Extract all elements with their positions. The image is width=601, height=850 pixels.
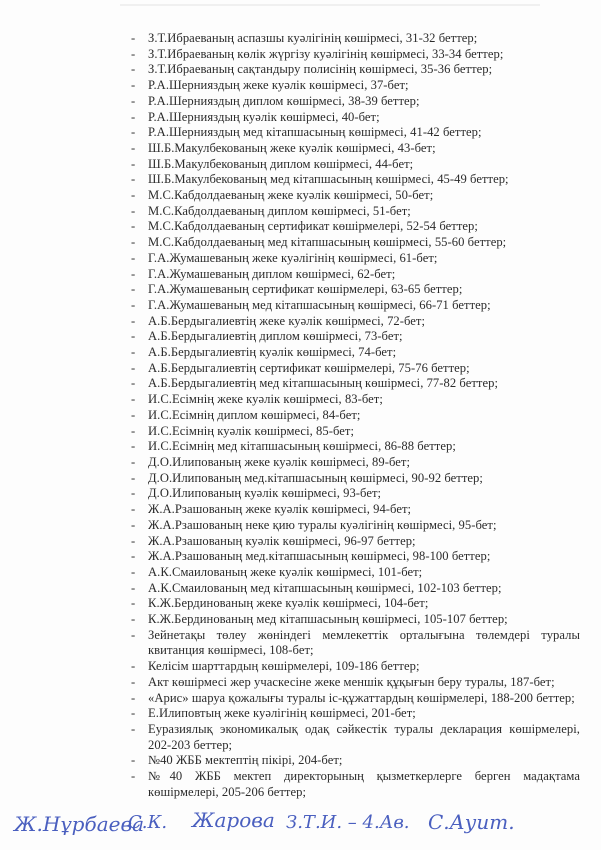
list-item: -Ж.А.Рзашованың куәлік көшірмесі, 96-97 … [128, 534, 580, 550]
bullet-dash: - [131, 345, 135, 361]
list-item: -Р.А.Шернияздың диплом көшірмесі, 38-39 … [128, 94, 580, 110]
list-item-text: М.С.Кабдолдаеваның диплом көшірмесі, 51-… [148, 204, 580, 220]
list-item: -Ж.А.Рзашованың мед.кітапшасының көшірме… [128, 549, 580, 565]
list-item: -К.Ж.Бердинованың жеке куәлік көшірмесі,… [128, 596, 580, 612]
bullet-dash: - [131, 235, 135, 251]
bullet-dash: - [131, 298, 135, 314]
list-item: -М.С.Кабдолдаеваның диплом көшірмесі, 51… [128, 204, 580, 220]
bullet-dash: - [131, 439, 135, 455]
bullet-dash: - [131, 31, 135, 47]
bullet-dash: - [131, 314, 135, 330]
list-item-text: А.Б.Бердыгалиевтің жеке куәлік көшірмесі… [148, 314, 580, 330]
handwritten-signatures: Ж.Нұрбаева С.К. Жарова З.Т.И. – 4.Ав. С.… [0, 808, 601, 850]
list-item-text: №40 ЖББ мектеп директорының қызметкерлер… [148, 769, 580, 800]
list-item-text: З.Т.Ибраеваның көлік жүргізу куәлігінің … [148, 47, 580, 63]
signature-4: З.Т.И. – 4.Ав. [286, 812, 410, 833]
bullet-dash: - [131, 408, 135, 424]
bullet-dash: - [131, 455, 135, 471]
list-item: -№40 ЖББ мектептің пікірі, 204-бет; [128, 753, 580, 769]
list-item: -Д.О.Илипованың куәлік көшірмесі, 93-бет… [128, 486, 580, 502]
bullet-dash: - [131, 219, 135, 235]
bullet-dash: - [131, 502, 135, 518]
list-item: -Ж.А.Рзашованың жеке куәлік көшірмесі, 9… [128, 502, 580, 518]
bullet-dash: - [131, 78, 135, 94]
bullet-dash: - [131, 691, 135, 707]
bullet-dash: - [131, 612, 135, 628]
list-item-text: Р.А.Шернияздың диплом көшірмесі, 38-39 б… [148, 94, 580, 110]
bullet-dash: - [131, 518, 135, 534]
bullet-dash: - [131, 47, 135, 63]
bullet-dash: - [131, 769, 135, 785]
bullet-dash: - [131, 94, 135, 110]
bullet-dash: - [131, 267, 135, 283]
bullet-dash: - [131, 188, 135, 204]
bullet-dash: - [131, 376, 135, 392]
list-item-text: Ж.А.Рзашованың мед.кітапшасының көшірмес… [148, 549, 580, 565]
list-item: -Г.А.Жумашеваның диплом көшірмесі, 62-бе… [128, 267, 580, 283]
list-item-text: И.С.Есімнің мед кітапшасының көшірмесі, … [148, 439, 580, 455]
list-item-text: Р.А.Шернияздың мед кітапшасының көшірмес… [148, 125, 580, 141]
list-item: -Ж.А.Рзашованың неке қию туралы куәлігін… [128, 518, 580, 534]
list-item: -Акт көшірмесі жер учаскесіне жеке менші… [128, 675, 580, 691]
document-attachment-list: -З.Т.Ибраеваның аспазшы куәлігінің көшір… [128, 31, 580, 800]
list-item-text: А.К.Смаилованың мед кітапшасының көшірме… [148, 581, 580, 597]
list-item-text: А.Б.Бердыгалиевтің мед кітапшасының көші… [148, 376, 580, 392]
list-item-text: А.К.Смаилованың жеке куәлік көшірмесі, 1… [148, 565, 580, 581]
list-item-text: Ш.Б.Макулбекованың диплом көшірмесі, 44-… [148, 157, 580, 173]
list-item-text: Г.А.Жумашеваның сертификат көшірмелері, … [148, 282, 580, 298]
list-item: -А.Б.Бердыгалиевтің мед кітапшасының көш… [128, 376, 580, 392]
list-item-text: Е.Илиповтың жеке куәлігінің көшірмесі, 2… [148, 706, 580, 722]
list-item-text: М.С.Кабдолдаеваның мед кітапшасының көші… [148, 235, 580, 251]
signature-2: С.К. [128, 812, 167, 833]
list-item: -Р.А.Шернияздың жеке куәлік көшірмесі, 3… [128, 78, 580, 94]
list-item-text: К.Ж.Бердинованың мед кітапшасының көшірм… [148, 612, 580, 628]
list-item: -А.Б.Бердыгалиевтің сертификат көшірмеле… [128, 361, 580, 377]
list-item-text: И.С.Есімнің куәлік көшірмесі, 85-бет; [148, 424, 580, 440]
list-item: -К.Ж.Бердинованың мед кітапшасының көшір… [128, 612, 580, 628]
scanned-document-page: -З.Т.Ибраеваның аспазшы куәлігінің көшір… [0, 0, 601, 850]
list-item-text: Д.О.Илипованың жеке куәлік көшірмесі, 89… [148, 455, 580, 471]
scan-artifact [120, 4, 540, 6]
list-item: -Р.А.Шернияздың куәлік көшірмесі, 40-бет… [128, 110, 580, 126]
bullet-dash: - [131, 424, 135, 440]
bullet-dash: - [131, 329, 135, 345]
list-item: -А.К.Смаилованың жеке куәлік көшірмесі, … [128, 565, 580, 581]
list-item: -И.С.Есімнің жеке куәлік көшірмесі, 83-б… [128, 392, 580, 408]
bullet-dash: - [131, 722, 135, 738]
list-item: -М.С.Кабдолдаеваның мед кітапшасының көш… [128, 235, 580, 251]
bullet-dash: - [131, 549, 135, 565]
list-item: -А.Б.Бердыгалиевтің диплом көшірмесі, 73… [128, 329, 580, 345]
list-item: -З.Т.Ибраеваның сақтандыру полисінің көш… [128, 62, 580, 78]
list-item: -№40 ЖББ мектеп директорының қызметкерле… [128, 769, 580, 800]
bullet-dash: - [131, 251, 135, 267]
list-item: -М.С.Кабдолдаеваның жеке куәлік көшірмес… [128, 188, 580, 204]
list-item: -Г.А.Жумашеваның жеке куәлігінің көшірме… [128, 251, 580, 267]
list-item-text: Зейнетақы төлеу жөніндегі мемлекеттік ор… [148, 628, 580, 659]
bullet-dash: - [131, 361, 135, 377]
bullet-dash: - [131, 62, 135, 78]
list-item-text: Г.А.Жумашеваның жеке куәлігінің көшірмес… [148, 251, 580, 267]
list-item: -Келісім шарттардың көшірмелері, 109-186… [128, 659, 580, 675]
list-item-text: А.Б.Бердыгалиевтің сертификат көшірмелер… [148, 361, 580, 377]
bullet-dash: - [131, 110, 135, 126]
bullet-dash: - [131, 204, 135, 220]
list-item: -И.С.Есімнің мед кітапшасының көшірмесі,… [128, 439, 580, 455]
list-item: -Д.О.Илипованың мед.кітапшасының көшірме… [128, 471, 580, 487]
list-item: -Ш.Б.Макулбекованың диплом көшірмесі, 44… [128, 157, 580, 173]
list-item-text: К.Ж.Бердинованың жеке куәлік көшірмесі, … [148, 596, 580, 612]
bullet-dash: - [131, 125, 135, 141]
bullet-dash: - [131, 596, 135, 612]
list-item: -А.Б.Бердыгалиевтің куәлік көшірмесі, 74… [128, 345, 580, 361]
list-item-text: Р.А.Шернияздың жеке куәлік көшірмесі, 37… [148, 78, 580, 94]
list-item: - «Арис» шаруа қожалығы туралы іс-құжатт… [128, 691, 580, 707]
bullet-dash: - [131, 628, 135, 644]
list-item: -М.С.Кабдолдаеваның сертификат көшірмеле… [128, 219, 580, 235]
list-item: -Зейнетақы төлеу жөніндегі мемлекеттік о… [128, 628, 580, 659]
bullet-dash: - [131, 534, 135, 550]
list-item-text: А.Б.Бердыгалиевтің куәлік көшірмесі, 74-… [148, 345, 580, 361]
signature-3: Жарова [192, 808, 275, 832]
list-item-text: И.С.Есімнің жеке куәлік көшірмесі, 83-бе… [148, 392, 580, 408]
list-item: -Ш.Б.Макулбекованың жеке куәлік көшірмес… [128, 141, 580, 157]
list-item-text: Келісім шарттардың көшірмелері, 109-186 … [148, 659, 580, 675]
list-item-text: Ш.Б.Макулбекованың жеке куәлік көшірмесі… [148, 141, 580, 157]
bullet-dash: - [131, 675, 135, 691]
list-item-text: З.Т.Ибраеваның аспазшы куәлігінің көшірм… [148, 31, 580, 47]
list-item: -З.Т.Ибраеваның көлік жүргізу куәлігінің… [128, 47, 580, 63]
list-item: -А.Б.Бердыгалиевтің жеке куәлік көшірмес… [128, 314, 580, 330]
bullet-dash: - [131, 753, 135, 769]
list-item-text: Ж.А.Рзашованың жеке куәлік көшірмесі, 94… [148, 502, 580, 518]
list-item-text: №40 ЖББ мектептің пікірі, 204-бет; [148, 753, 580, 769]
list-item: -Д.О.Илипованың жеке куәлік көшірмесі, 8… [128, 455, 580, 471]
list-item-text: Д.О.Илипованың куәлік көшірмесі, 93-бет; [148, 486, 580, 502]
list-item-text: М.С.Кабдолдаеваның жеке куәлік көшірмесі… [148, 188, 580, 204]
list-item: -Р.А.Шернияздың мед кітапшасының көшірме… [128, 125, 580, 141]
signature-1: Ж.Нұрбаева [14, 812, 144, 836]
list-item-text: Еуразиялық экономикалық одақ сәйкестік т… [148, 722, 580, 753]
list-item-text: «Арис» шаруа қожалығы туралы іс-құжаттар… [148, 691, 580, 707]
list-item-text: Ш.Б.Макулбекованың мед кітапшасының көші… [148, 172, 580, 188]
bullet-dash: - [131, 141, 135, 157]
bullet-dash: - [131, 157, 135, 173]
list-item-text: Д.О.Илипованың мед.кітапшасының көшірмес… [148, 471, 580, 487]
list-item: -И.С.Есімнің диплом көшірмесі, 84-бет; [128, 408, 580, 424]
bullet-dash: - [131, 659, 135, 675]
list-item-text: М.С.Кабдолдаеваның сертификат көшірмелер… [148, 219, 580, 235]
list-item-text: Р.А.Шернияздың куәлік көшірмесі, 40-бет; [148, 110, 580, 126]
bullet-dash: - [131, 581, 135, 597]
bullet-dash: - [131, 282, 135, 298]
list-item: -З.Т.Ибраеваның аспазшы куәлігінің көшір… [128, 31, 580, 47]
bullet-dash: - [131, 471, 135, 487]
signature-5: С.Ауит. [428, 810, 515, 834]
list-item-text: З.Т.Ибраеваның сақтандыру полисінің көші… [148, 62, 580, 78]
list-item: -А.К.Смаилованың мед кітапшасының көшірм… [128, 581, 580, 597]
list-item: -Г.А.Жумашеваның мед кітапшасының көшірм… [128, 298, 580, 314]
list-item-text: И.С.Есімнің диплом көшірмесі, 84-бет; [148, 408, 580, 424]
bullet-dash: - [131, 706, 135, 722]
list-item: -Г.А.Жумашеваның сертификат көшірмелері,… [128, 282, 580, 298]
list-item-text: А.Б.Бердыгалиевтің диплом көшірмесі, 73-… [148, 329, 580, 345]
list-item: -Еуразиялық экономикалық одақ сәйкестік … [128, 722, 580, 753]
bullet-dash: - [131, 392, 135, 408]
bullet-dash: - [131, 172, 135, 188]
list-item-text: Г.А.Жумашеваның диплом көшірмесі, 62-бет… [148, 267, 580, 283]
list-item-text: Г.А.Жумашеваның мед кітапшасының көшірме… [148, 298, 580, 314]
bullet-dash: - [131, 486, 135, 502]
list-item-text: Акт көшірмесі жер учаскесіне жеке меншік… [148, 675, 580, 691]
list-item: -Ш.Б.Макулбекованың мед кітапшасының көш… [128, 172, 580, 188]
list-item-text: Ж.А.Рзашованың куәлік көшірмесі, 96-97 б… [148, 534, 580, 550]
list-item-text: Ж.А.Рзашованың неке қию туралы куәлігіні… [148, 518, 580, 534]
list-item: -Е.Илиповтың жеке куәлігінің көшірмесі, … [128, 706, 580, 722]
list-item: -И.С.Есімнің куәлік көшірмесі, 85-бет; [128, 424, 580, 440]
bullet-dash: - [131, 565, 135, 581]
